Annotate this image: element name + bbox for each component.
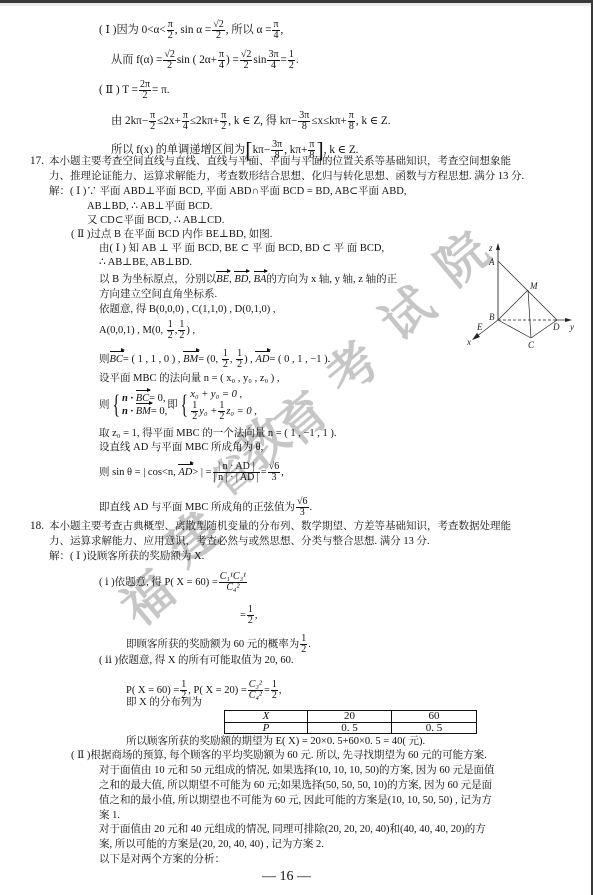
q18-solution-line1: 解：( Ⅰ )设顾客所获的奖励额为 X. [49, 550, 204, 563]
table-cell: 0. 5 [308, 722, 392, 734]
q18-i-line1: ( ⅰ )依题意, 得 P( X = 60) =C₁¹C₃¹C₄² [99, 572, 248, 593]
table-cell: P [225, 722, 308, 734]
table-cell: 0. 5 [392, 722, 477, 734]
q17-system-of-equations: 则{n · BC= 0,n · BM= 0,即{x₀ + y₀ = 0 ,12y… [99, 388, 257, 422]
q16-part1-line2: 从而 f(α) =√22sin ( 2α+π4) =√22sin3π4=12. [111, 50, 299, 71]
fraction: 12 [167, 320, 174, 341]
q18-number: 18. [30, 520, 44, 533]
table-cell: X [225, 711, 308, 723]
vector-ba: BA [254, 273, 267, 286]
fraction: π2 [220, 111, 227, 132]
watermark-char: 育 [258, 372, 343, 459]
fraction: 12 [178, 320, 185, 341]
q17-part2-line11: 设直线 AD 与平面 MBC 所成角为 θ, [99, 441, 263, 454]
watermark-char: 福 [103, 552, 188, 639]
q16-part2-line1: ( Ⅱ ) T =2π2= π. [99, 80, 170, 101]
svg-text:D: D [552, 322, 560, 332]
q17-part2-line1: ( Ⅱ )过点 B 在平面 BCD 内作 BE⊥BD, 如图. [71, 228, 272, 241]
table-row: X 20 60 [225, 711, 477, 723]
fraction: 2π2 [139, 80, 151, 101]
q17-part2-line4: 以 B 为坐标原点，分别以BE, BD, BA的方向为 x 轴, y 轴, z … [99, 273, 397, 286]
q18-ii-line3: 即 X 的分布列为 [126, 696, 202, 709]
svg-text:C: C [528, 340, 535, 350]
page-number: — 16 — [262, 869, 311, 885]
q17-part2-line5: 方向建立空间直角坐标系. [99, 288, 217, 301]
fraction: C₃²C₄² [248, 680, 263, 701]
q18-part2-line3: 之和的最大值, 所以期望不可能为 60 元;如果选择(50, 50, 50, 1… [99, 779, 492, 792]
fraction: √63 [268, 462, 281, 483]
fraction: 12 [236, 349, 243, 370]
q17-part2-line12: 则 sin θ = | cos<n, AD> | =| n · AD || n … [99, 462, 284, 483]
q16-part1-line1: ( Ⅰ )因为 0<α<π2, sin α =√22, 所以 α =π4, [99, 20, 283, 41]
fraction: π2 [167, 20, 174, 41]
fraction: π4 [182, 111, 189, 132]
q18-part2-line6: 对于面值由 20 元和 40 元组成的情况, 同理可排除(20, 20, 20,… [99, 823, 486, 836]
svg-text:A: A [488, 257, 495, 267]
svg-text:M: M [529, 281, 538, 291]
distribution-table: X 20 60 P 0. 5 0. 5 [224, 710, 477, 734]
q17-part2-line3: ∴ AB⊥BE, AB⊥BD. [99, 256, 192, 269]
x-axis-arrow-icon [472, 333, 480, 340]
q17-part2-line13: 即直线 AD 与平面 MBC 所成角的正弦值为√63. [99, 497, 312, 518]
q18-part2-line8: 以下是对两个方案的分析： [99, 853, 225, 866]
table-cell: 60 [392, 711, 477, 723]
vector-bd: BD [234, 273, 248, 286]
fraction: π4 [218, 50, 225, 71]
q18-intro-line2: 力、运算求解能力、应用意识，考查必然与或然思想、分类与整合思想. 满分 13 分… [49, 535, 430, 548]
fraction: 12 [222, 349, 229, 370]
q17-solution-line1: 解：( Ⅰ )∵ 平面 ABD⊥平面 BCD, 平面 ABD∩平面 BCD = … [49, 185, 406, 198]
q18-ii-line1: ( ⅱ )依题意, 得 X 的所有可能取值为 20, 60. [99, 654, 294, 667]
q17-part2-line10: 取 z₀ = 1, 得平面 MBC 的一个法向量 n = ( 1 , −1 , … [99, 427, 337, 440]
svg-text:y: y [569, 322, 574, 332]
z-axis-arrow-icon [496, 243, 500, 250]
q18-i-line3: 即顾客所获的奖励额为 60 元的概率为12. [126, 634, 311, 655]
window-top-shade [0, 3, 593, 6]
q18-ii-line4: 所以顾客所获的奖励额的期望为 E( X) = 20×0. 5+60×0. 5 =… [126, 735, 425, 748]
fraction: π4 [272, 20, 279, 41]
svg-text:x: x [466, 337, 471, 347]
q17-solution-line3: 又 CD⊂平面 BCD, ∴ AB⊥CD. [87, 214, 224, 227]
q17-intro-line1: 本小题主要考查空间直线与直线、直线与平面、平面与平面的位置关系等基础知识，考查空… [49, 155, 511, 168]
fraction: π8 [348, 111, 355, 132]
vector-be: BE [216, 273, 229, 286]
q16-part2-line2: 由 2kπ−π2≤2x+π4≤2kπ+π2, k ∈ Z, 得 kπ−3π8≤x… [111, 111, 391, 132]
q18-part2-line4: 值之和的最小值, 所以期望也不可能为 60 元, 因此可能的方案是(10, 10… [99, 794, 492, 807]
tetrahedron-figure: z A M B D y E x C [462, 238, 582, 350]
q18-part2-line5: 案 1. [99, 809, 120, 822]
table-cell: 20 [308, 711, 392, 723]
fraction: π2 [149, 111, 156, 132]
q18-i-line2: =12, [240, 605, 258, 626]
fraction: 3π4 [267, 50, 279, 71]
q18-part2-line2: 对于面值由 10 元和 50 元组成的情况, 如果选择(10, 10, 10, … [99, 764, 495, 777]
fraction: √22 [163, 50, 176, 71]
q17-part2-line7: A(0,0,1) , M(0, 12,12) , [99, 320, 195, 341]
q17-intro-line2: 力、推理论证能力、运算求解能力，考查数形结合思想、化归与转化思想、函数与方程思想… [49, 170, 524, 183]
q18-intro-line1: 本小题主要考查古典概型、离散型随机变量的分布列、数学期望、方差等基础知识，考查数… [49, 520, 511, 533]
svg-text:z: z [488, 243, 493, 253]
fraction: 12 [300, 634, 307, 655]
fraction: C₁¹C₃¹C₄² [219, 572, 247, 593]
q17-part2-line9: 设平面 MBC 的法向量 n = ( x₀ , y₀ , z₀ ) , [99, 372, 280, 385]
fraction: √63 [296, 497, 309, 518]
q17-part2-line6: 依题意, 得 B(0,0,0) , C(1,1,0) , D(0,1,0) , [99, 303, 275, 316]
table-row: P 0. 5 0. 5 [225, 722, 477, 734]
fraction: 3π8 [298, 111, 310, 132]
q18-part2-line7: 案, 所以可能的方案是(20, 20, 40, 40) , 记为方案 2. [99, 838, 324, 851]
q17-number: 17. [30, 155, 44, 168]
fraction: 12 [247, 605, 254, 626]
q17-part2-line2: 由( Ⅰ ) 知 AB ⊥ 平 面 BCD, BE ⊂ 平 面 BCD, BD … [99, 242, 384, 255]
q17-part2-line8: 则BC= ( 1 , 1 , 0 ) , BM= (0, 12, 12) , A… [99, 349, 330, 370]
svg-text:B: B [489, 312, 495, 322]
fraction: √22 [212, 20, 225, 41]
fraction: | n · AD || n | · | AD | [213, 462, 260, 483]
fraction: √22 [240, 50, 253, 71]
fraction: 12 [271, 680, 278, 701]
q18-part2-line1: ( Ⅱ )根据商场的预算, 每个顾客的平均奖励额为 60 元. 所以, 先寻找期… [71, 749, 487, 762]
svg-text:E: E [476, 322, 483, 332]
fraction: 12 [288, 50, 295, 71]
q17-solution-line2: AB⊥BD, ∴ AB⊥平面 BCD. [87, 200, 212, 213]
